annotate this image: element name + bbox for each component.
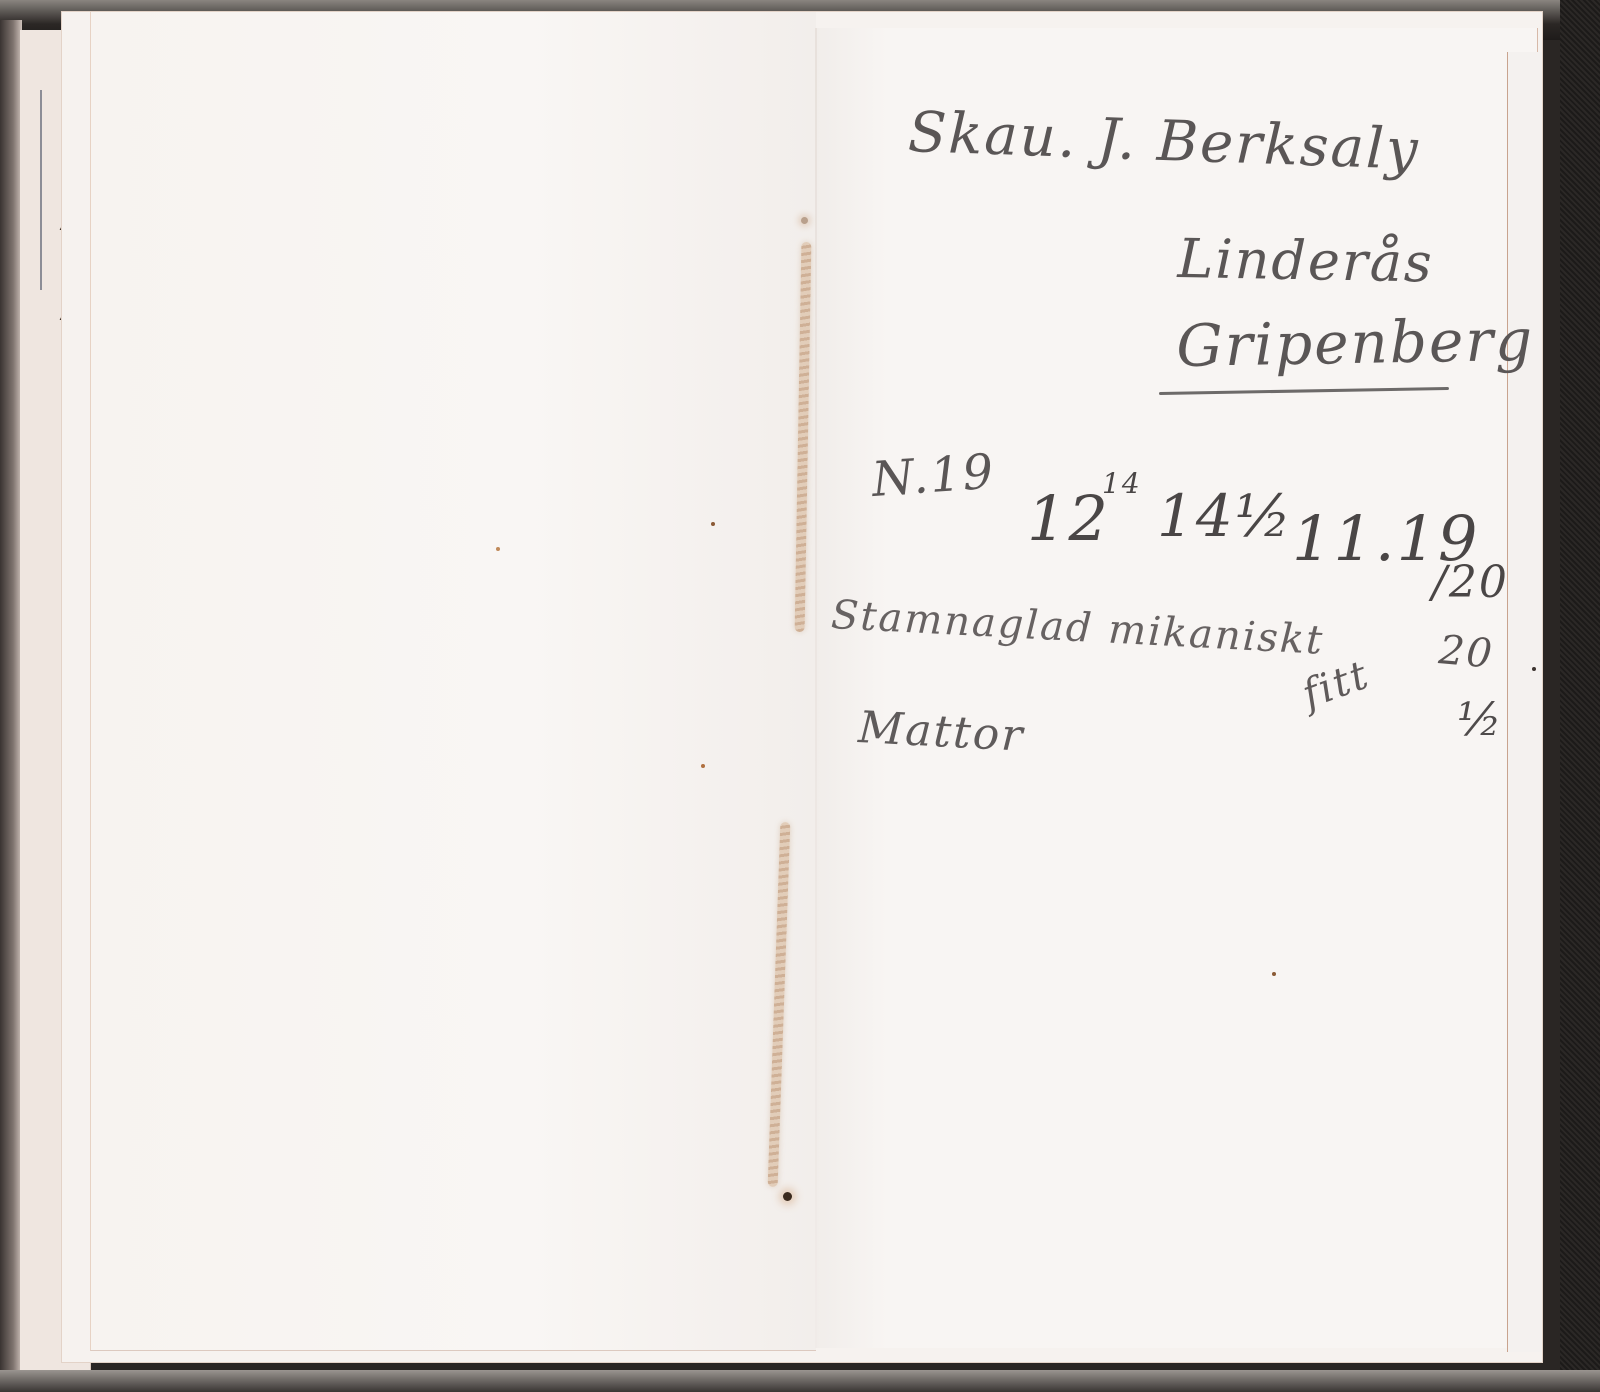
page-gutter	[815, 28, 817, 1348]
back-page-edge	[1507, 52, 1542, 1352]
handwritten-number-12: 12	[1027, 482, 1110, 555]
book-cover-left	[0, 20, 22, 1392]
handwritten-line-mattor: Mattor	[857, 702, 1026, 762]
handwritten-number-14-half: 14½	[1157, 482, 1293, 550]
paper-speck	[1532, 667, 1536, 671]
book-cover-bottom	[0, 1370, 1600, 1392]
handwritten-half: ½	[1457, 692, 1504, 746]
paper-speck	[1272, 972, 1276, 976]
handwritten-line-linderas: Linderås	[1177, 227, 1434, 294]
handwritten-number-20-second: 20	[1437, 627, 1496, 678]
book-cover-right	[1560, 0, 1600, 1392]
left-page	[90, 12, 816, 1351]
paper-speck	[701, 764, 705, 768]
notebook-spread: Skau. J. Berksaly Linderås Gripenberg N.…	[62, 12, 1542, 1362]
paper-speck	[496, 547, 500, 551]
handwritten-number-20: /20	[1432, 557, 1509, 608]
handwritten-line-gripenberg: Gripenberg	[1176, 306, 1535, 380]
right-page	[815, 28, 1538, 1348]
handwritten-superscript-14: 14	[1102, 467, 1142, 500]
paper-speck	[711, 522, 715, 526]
page-edge-stripe	[40, 90, 42, 290]
binding-hole-top	[801, 217, 808, 224]
handwritten-number-prefix: N.19	[870, 444, 997, 508]
binding-hole-bottom	[783, 1192, 792, 1201]
